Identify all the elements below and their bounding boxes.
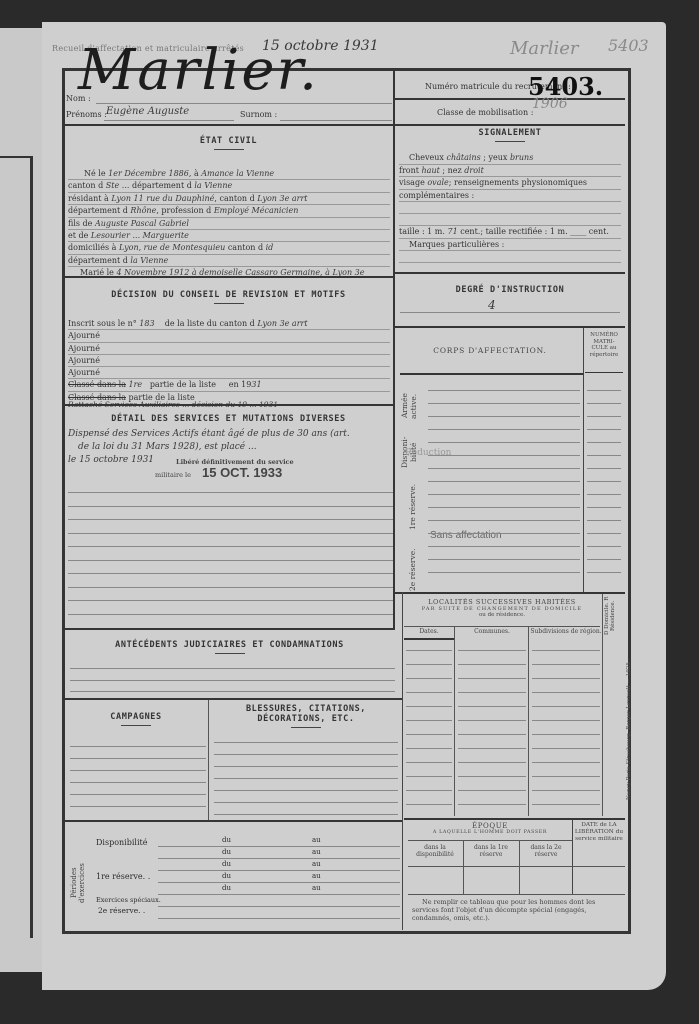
stamp-date: 15 OCT. 1933 — [202, 465, 282, 480]
col-subdivisions: Subdivisions de région. — [530, 628, 602, 635]
instruction-section: DEGRÉ D'INSTRUCTION — [395, 285, 625, 295]
nom-label: Nom : — [66, 94, 91, 103]
detail-section: DÉTAIL DES SERVICES ET MUTATIONS DIVERSE… — [64, 414, 393, 424]
left-adjacent-page — [0, 28, 44, 972]
nez-value: droit — [464, 166, 484, 175]
liste-value: Lyon 3e arrt — [257, 319, 307, 328]
pencil-number: 5403 — [608, 36, 649, 55]
signalement-title: SIGNALEMENT — [395, 128, 625, 138]
numero-matricule-header: NUMÉRO MATRI- CULE au répertoire — [585, 332, 623, 358]
visage-value: ovale — [427, 178, 448, 187]
exercices-speciaux-label: Exercices spéciaux. — [96, 896, 161, 904]
pencil-name: Marlier — [510, 38, 579, 59]
yeux-value: bruns — [510, 153, 533, 162]
ne-le-line: Né le 1er Décembre 1886, à Amance la Vie… — [68, 168, 390, 180]
epoque-section: ÉPOQUE A LAQUELLE L'HOMME DOIT PASSER — [408, 822, 572, 835]
detail-title: DÉTAIL DES SERVICES ET MUTATIONS DIVERSE… — [64, 414, 393, 424]
reserve2-label: 2e réserve. — [408, 545, 417, 595]
faded-stamp: Réduction — [405, 448, 451, 458]
etat-civil-fields: Né le 1er Décembre 1886, à Amance la Vie… — [68, 168, 390, 279]
disponibilite-row-label: Disponibilité — [96, 838, 147, 847]
col-disponibilite: dans la disponibilité — [408, 844, 462, 858]
prenoms-label: Prénoms : — [66, 110, 107, 119]
instruction-value: 4 — [488, 298, 496, 312]
signalement-section: SIGNALEMENT — [395, 128, 625, 142]
inscrit-value: 183 — [139, 319, 154, 328]
au-label: au — [312, 884, 321, 892]
du-label: du — [222, 836, 231, 844]
classe-value: 1906 — [532, 96, 568, 112]
localites-section: LOCALITÉS SUCCESSIVES HABITÉES PAR SUITE… — [404, 598, 600, 618]
prenoms-value: Eugène Auguste — [106, 106, 189, 117]
campagnes-title: CAMPAGNES — [66, 712, 206, 722]
periodes-label: Périodes d'exercices — [70, 848, 86, 918]
et-de-line: et de Lesourier ... Marguerite — [68, 230, 390, 242]
surnom-label: Surnom : — [240, 110, 277, 119]
signalement-fields: Cheveux châtains ; yeux bruns front haut… — [399, 152, 621, 263]
decision-section: DÉCISION DU CONSEIL DE REVISION ET MOTIF… — [64, 290, 393, 304]
departement-line: département d Rhône, profession d Employ… — [68, 205, 390, 217]
cheveux-value: châtains — [446, 153, 480, 162]
printer-imprint: Nancy-Paris-Strasbourg, Berger-Levrault … — [626, 640, 632, 800]
au-label: au — [312, 860, 321, 868]
antecedents-title: ANTÉCÉDENTS JUDICIAIRES ET CONDAMNATIONS — [64, 640, 395, 650]
fils-de-line: fils de Auguste Pascal Gabriel — [68, 218, 390, 230]
au-label: au — [312, 848, 321, 856]
col-reserve2: dans la 2e réserve — [520, 844, 572, 858]
decision-title: DÉCISION DU CONSEIL DE REVISION ET MOTIF… — [64, 290, 393, 300]
epoque-note: Ne remplir ce tableau que pour les homme… — [412, 898, 622, 922]
blessures-title: BLESSURES, CITATIONS, DÉCORATIONS, ETC. — [212, 704, 400, 724]
reserve2-row-label: 2e réserve. . — [98, 906, 145, 915]
du-label: du — [222, 872, 231, 880]
stamp-label: militaire le — [155, 471, 191, 479]
du-label: du — [222, 860, 231, 868]
front-value: haut — [422, 166, 440, 175]
decision-fields: Inscrit sous le n° 183 de la liste du ca… — [68, 318, 390, 410]
antecedents-section: ANTÉCÉDENTS JUDICIAIRES ET CONDAMNATIONS — [64, 640, 395, 654]
col-dates: Dates. — [404, 628, 454, 635]
du-label: du — [222, 848, 231, 856]
column-divider — [393, 70, 395, 630]
reserve1-label: 1re réserve. — [408, 472, 417, 542]
col-reserve1: dans la 1re réserve — [464, 844, 518, 858]
domicilies-line: domiciliés à Lyon, rue de Montesquieu ca… — [68, 242, 390, 254]
classe-label: Classe de mobilisation : — [437, 108, 533, 117]
instruction-title: DEGRÉ D'INSTRUCTION — [395, 285, 625, 295]
canton-line: canton d Ste ... département d la Vienne — [68, 180, 390, 192]
etat-civil-title: ÉTAT CIVIL — [64, 136, 393, 146]
au-label: au — [312, 836, 321, 844]
col-communes: Communes. — [456, 628, 528, 635]
au-label: au — [312, 872, 321, 880]
domicile-residence-header: D Domicile. R Résidence. — [604, 596, 616, 636]
departement2-line: département d la Vienne — [68, 255, 390, 267]
sans-affectation-stamp: Sans affectation — [430, 530, 502, 541]
taille-value: 71 — [447, 227, 457, 236]
reserve1-row-label: 1re réserve. . — [96, 872, 150, 881]
du-label: du — [222, 884, 231, 892]
blessures-section: BLESSURES, CITATIONS, DÉCORATIONS, ETC. — [212, 704, 400, 728]
surname-calligraphy: Marlier. — [78, 38, 319, 103]
date-liberation-header: DATE de LA LIBÉRATION du service militai… — [574, 822, 624, 843]
campagnes-section: CAMPAGNES — [66, 712, 206, 726]
corps-title: CORPS D'AFFECTATION. — [400, 346, 580, 355]
residant-line: résidant à Lyon 11 rue du Dauphiné, cant… — [68, 193, 390, 205]
armee-active-label: Armée active. — [400, 386, 418, 426]
etat-civil-section: ÉTAT CIVIL — [64, 136, 393, 150]
